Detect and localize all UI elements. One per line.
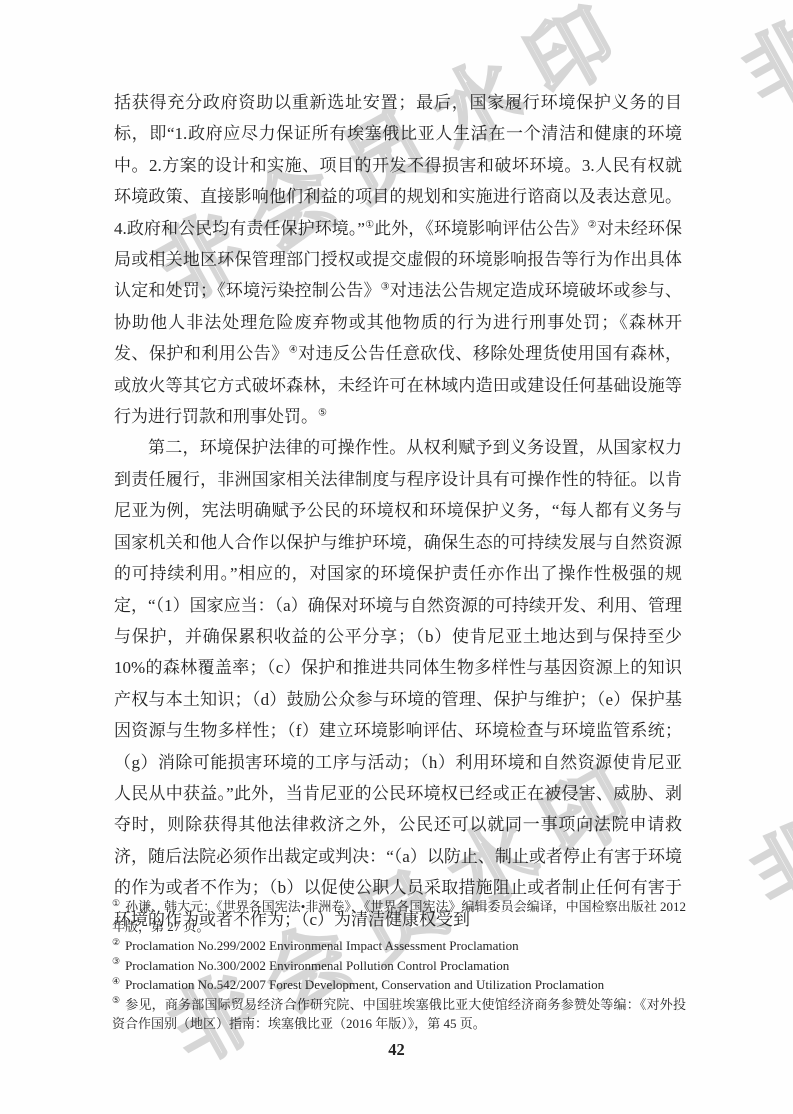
body-text: 括获得充分政府资助以重新选址安置；最后，国家履行环境保护义务的目标，即“1.政府…: [114, 87, 682, 935]
footnote-marker: ④: [112, 976, 120, 986]
footnote-marker: ⑤: [112, 995, 120, 1005]
footnote-ref: ②: [588, 219, 597, 230]
footnote-text: 参见，商务部国际贸易经济合作研究院、中国驻埃塞俄比亚大使馆经济商务参赞处等编：《…: [112, 997, 686, 1032]
footnote-marker: ①: [112, 898, 120, 908]
watermark-partial-bottom-right: 非: [740, 799, 793, 924]
paragraph: 第二，环境保护法律的可操作性。从权利赋予到义务设置，从国家权力到责任履行，非洲国…: [114, 432, 682, 935]
footnote-ref: ①: [365, 219, 374, 230]
footnote-ref: ④: [289, 345, 298, 356]
footnote-ref: ③: [381, 282, 390, 293]
footnote-text: Proclamation No.542/2007 Forest Developm…: [125, 977, 604, 992]
footnote: ②Proclamation No.299/2002 Environmenal I…: [112, 936, 686, 956]
footnote-text: Proclamation No.300/2002 Environmenal Po…: [125, 958, 509, 973]
footnote-ref: ⑤: [318, 407, 327, 418]
footnote: ①孙谦、韩大元：《世界各国宪法•非洲卷》，《世界各国宪法》编辑委员会编译，中国检…: [112, 897, 686, 936]
footnote: ③Proclamation No.300/2002 Environmenal P…: [112, 956, 686, 976]
footnote-marker: ②: [112, 937, 120, 947]
paragraph: 括获得充分政府资助以重新选址安置；最后，国家履行环境保护义务的目标，即“1.政府…: [114, 87, 682, 432]
footnotes: ①孙谦、韩大元：《世界各国宪法•非洲卷》，《世界各国宪法》编辑委员会编译，中国检…: [112, 897, 686, 1034]
page-number: 42: [0, 1040, 793, 1060]
footnote: ⑤参见，商务部国际贸易经济合作研究院、中国驻埃塞俄比亚大使馆经济商务参赞处等编：…: [112, 995, 686, 1034]
document-page: 非会员水印 非会员水印 非 非 括获得充分政府资助以重新选址安置；最后，国家履行…: [0, 0, 793, 1114]
watermark-partial-top-right: 非: [732, 0, 793, 122]
footnote-text: 孙谦、韩大元：《世界各国宪法•非洲卷》，《世界各国宪法》编辑委员会编译，中国检察…: [112, 899, 686, 934]
footnote-marker: ③: [112, 956, 120, 966]
footnote-text: Proclamation No.299/2002 Environmenal Im…: [125, 938, 519, 953]
footnote: ④Proclamation No.542/2007 Forest Develop…: [112, 975, 686, 995]
